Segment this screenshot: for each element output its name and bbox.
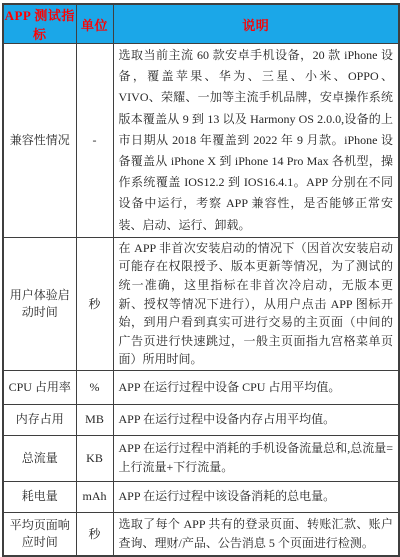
unit-cell: - [76, 44, 113, 238]
table-row-power-consumption: 耗电量 mAh APP 在运行过程中该设备消耗的总电量。 [3, 481, 399, 486]
table-row-memory-usage: 内存占用 MB APP 在运行过程中设备内存占用平均值。 [3, 404, 399, 435]
unit-cell: 秒 [76, 237, 113, 370]
unit-cell: KB [76, 435, 113, 481]
metric-cell: 耗电量 [3, 481, 76, 486]
header-description: 说明 [113, 4, 399, 44]
description-cell: 在 APP 非首次安装启动的情况下（因首次安装启动可能存在权限授予、版本更新等情… [113, 237, 399, 370]
description-cell: 选取当前主流 60 款安卓手机设备，20 款 iPhone 设备，覆盖苹果、华为… [113, 44, 399, 238]
description-cell: APP 在运行过程中该设备消耗的总电量。 [113, 481, 399, 486]
metric-cell: 兼容性情况 [3, 44, 76, 238]
header-unit: 单位 [76, 4, 113, 44]
table-row-startup-time: 用户体验启动时间 秒 在 APP 非首次安装启动的情况下（因首次安装启动可能存在… [3, 237, 399, 370]
metric-cell: 用户体验启动时间 [3, 237, 76, 370]
table-row-cpu-usage: CPU 占用率 % APP 在运行过程中设备 CPU 占用平均值。 [3, 370, 399, 404]
metric-cell: 总流量 [3, 435, 76, 481]
table-row-compatibility: 兼容性情况 - 选取当前主流 60 款安卓手机设备，20 款 iPhone 设备… [3, 44, 399, 238]
app-metrics-table: APP 测试指标 单位 说明 兼容性情况 - 选取当前主流 60 款安卓手机设备… [2, 3, 400, 486]
metric-cell: CPU 占用率 [3, 370, 76, 404]
description-cell: APP 在运行过程中设备 CPU 占用平均值。 [113, 370, 399, 404]
description-cell: APP 在运行过程中设备内存占用平均值。 [113, 404, 399, 435]
unit-cell: mAh [76, 481, 113, 486]
unit-cell: MB [76, 404, 113, 435]
table-row-total-traffic: 总流量 KB APP 在运行过程中消耗的手机设备流量总和,总流量=上行流量+下行… [3, 435, 399, 481]
table-header-row: APP 测试指标 单位 说明 [3, 4, 399, 44]
description-cell: APP 在运行过程中消耗的手机设备流量总和,总流量=上行流量+下行流量。 [113, 435, 399, 481]
metric-cell: 内存占用 [3, 404, 76, 435]
unit-cell: % [76, 370, 113, 404]
header-metric: APP 测试指标 [3, 4, 76, 44]
